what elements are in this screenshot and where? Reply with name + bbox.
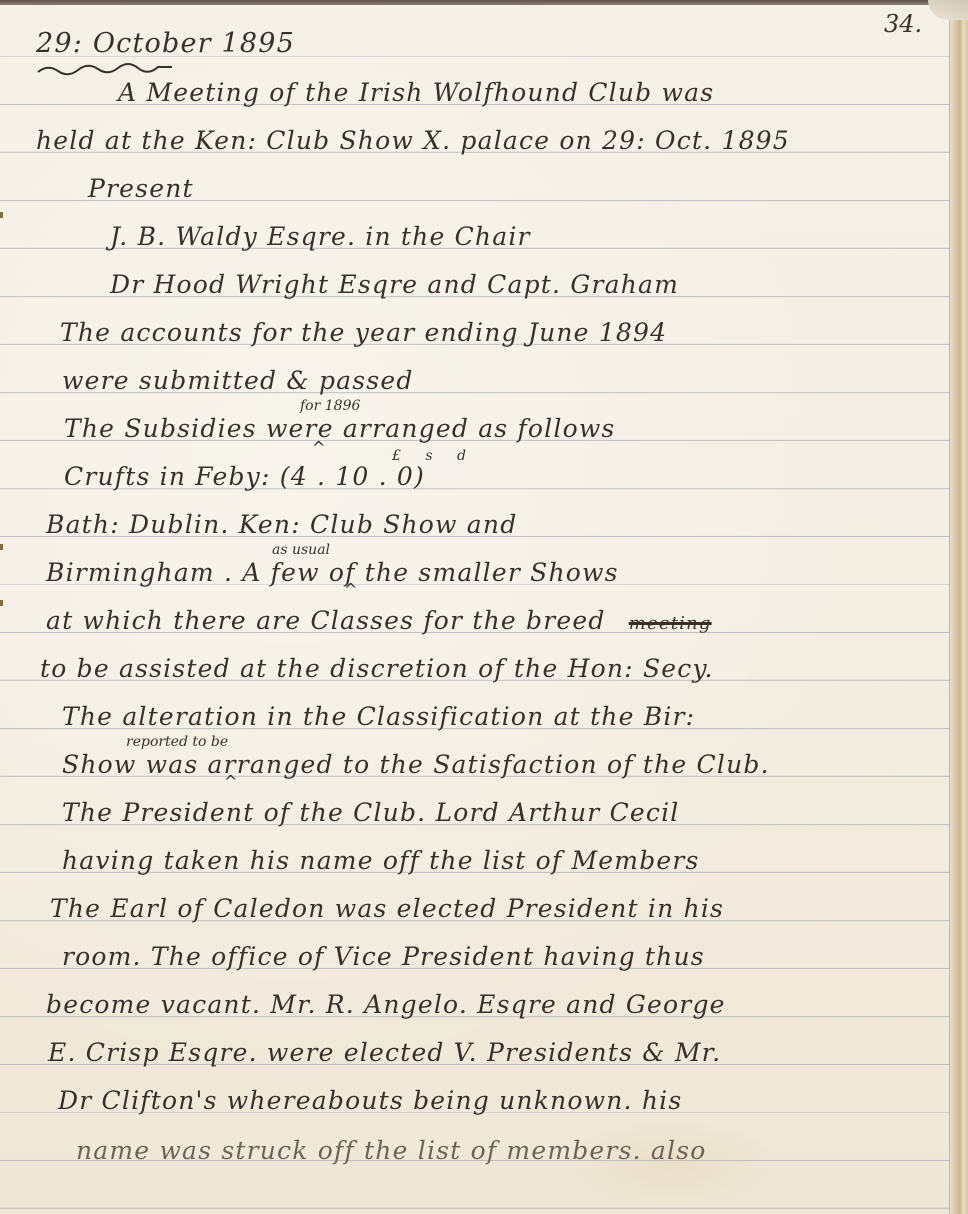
minute-line-3: Present [88, 174, 194, 203]
minute-line-13: to be assisted at the discretion of the … [40, 654, 714, 683]
minute-line-16: The President of the Club. Lord Arthur C… [62, 798, 680, 827]
minute-line-22: Dr Clifton's whereabouts being unknown. … [58, 1086, 682, 1115]
margin-mark [0, 600, 3, 606]
margin-mark [0, 212, 3, 218]
page-number: 34. [884, 10, 922, 38]
insertion-as-usual: as usual [272, 542, 330, 558]
minute-line-9: Crufts in Feby: (4 . 10 . 0) [64, 462, 425, 491]
heading-underline [36, 62, 176, 76]
minute-line-14: The alteration in the Classification at … [62, 702, 695, 731]
minute-line-7: were submitted & passed [62, 366, 414, 395]
minute-line-5: Dr Hood Wright Esqre and Capt. Graham [110, 270, 679, 299]
binding-gutter [949, 0, 968, 1214]
caret-mark: ^ [312, 438, 325, 457]
insertion-reported-to-be: reported to be [126, 734, 228, 750]
minute-line-20: become vacant. Mr. R. Angelo. Esqre and … [46, 990, 726, 1019]
minute-line-1: A Meeting of the Irish Wolfhound Club wa… [118, 78, 714, 107]
minute-line-18: The Earl of Caledon was elected Presiden… [50, 894, 724, 923]
heading-date: 29: October 1895 [36, 28, 295, 59]
crossed-out-word: meeting [629, 613, 712, 634]
minute-line-8: The Subsidies were arranged as follows [64, 414, 615, 443]
minute-line-17: having taken his name off the list of Me… [62, 846, 700, 875]
minute-line-19: room. The office of Vice President havin… [62, 942, 705, 971]
minute-line-21: E. Crisp Esqre. were elected V. Presiden… [48, 1038, 721, 1067]
caret-mark: ^ [224, 772, 237, 791]
minute-line-12-text: at which there are Classes for the breed [46, 606, 606, 635]
notebook-page: 34. 29: October 1895 A Meeting of the Ir… [0, 0, 968, 1214]
minute-line-15: Show was arranged to the Satisfaction of… [62, 750, 770, 779]
caret-mark: ^ [344, 580, 357, 599]
minute-line-6: The accounts for the year ending June 18… [60, 318, 667, 347]
minute-line-12: at which there are Classes for the breed… [46, 606, 712, 635]
paper-stain [560, 1120, 780, 1210]
minute-line-23: name was struck off the list of members.… [76, 1136, 706, 1165]
margin-mark [0, 544, 3, 550]
insertion-subsidies-year: for 1896 [300, 398, 360, 414]
minute-line-10: Bath: Dublin. Ken: Club Show and [46, 510, 517, 539]
minute-line-11: Birmingham . A few of the smaller Shows [46, 558, 619, 587]
minute-line-2: held at the Ken: Club Show X. palace on … [36, 126, 790, 155]
minute-line-4: J. B. Waldy Esqre. in the Chair [110, 222, 531, 251]
